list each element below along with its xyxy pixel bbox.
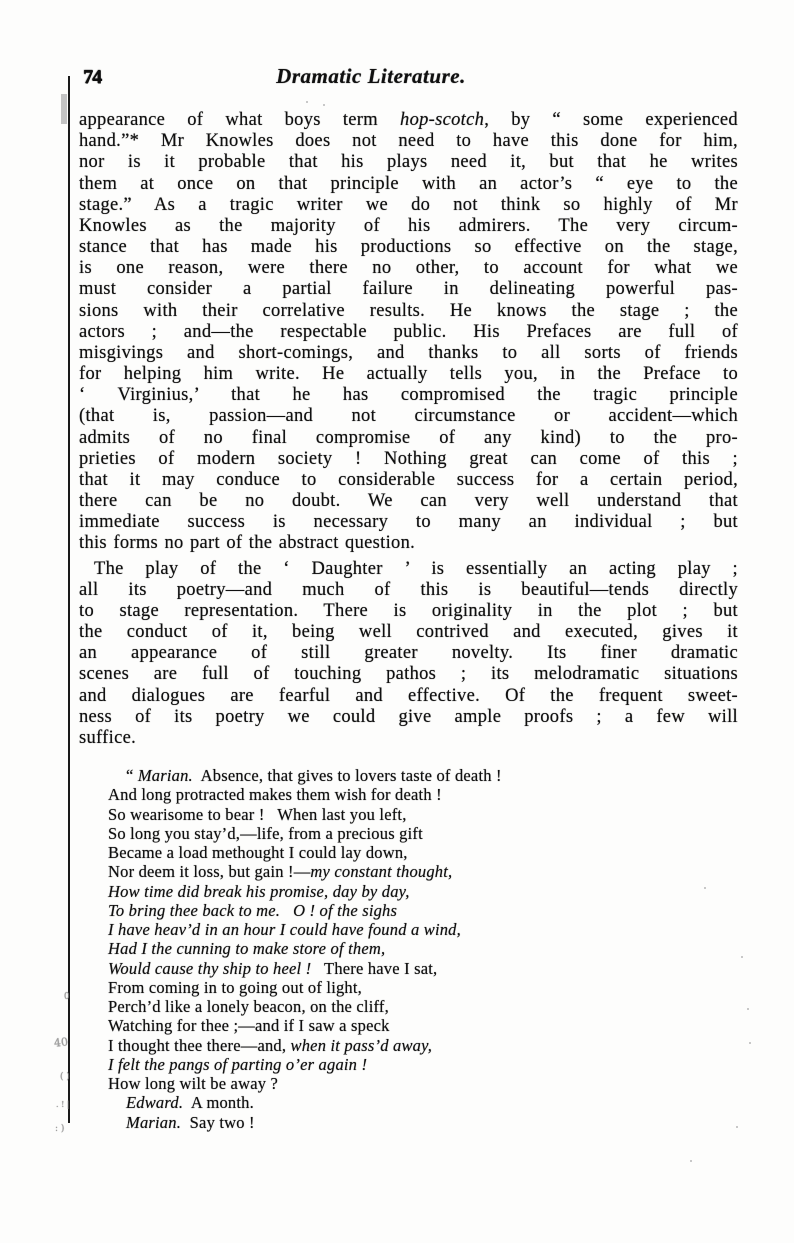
scan-speck	[306, 101, 308, 103]
body-text-line: the conduct of it, being well contrived …	[79, 622, 738, 643]
italic-text: when it pass’d away,	[291, 1036, 433, 1055]
poem-line: Nor deem it loss, but gain !—my constant…	[108, 862, 708, 881]
italic-text: To bring thee back to me. O ! of the sig…	[108, 901, 397, 920]
body-text-line: there can be no doubt. We can very well …	[79, 491, 738, 512]
body-text-line: scenes are full of touching pathos ; its…	[79, 664, 738, 685]
body-text-line: ‘ Virginius,’ that he has compromised th…	[79, 385, 738, 406]
body-text-line: hand.”* Mr Knowles does not need to have…	[79, 131, 738, 152]
body-text-line: for helping him write. He actually tells…	[79, 364, 738, 385]
article-body: appearance of what boys term hop-scotch,…	[79, 110, 738, 753]
text: From coming in to going out of light,	[108, 978, 362, 997]
poem-line: So long you stay’d,—life, from a preciou…	[108, 824, 708, 843]
poem-line: I felt the pangs of parting o’er again !	[108, 1055, 708, 1074]
text: How long wilt be away ?	[108, 1074, 278, 1093]
body-text-line: stage.” As a tragic writer we do not thi…	[79, 195, 738, 216]
scan-speck	[749, 1042, 751, 1044]
body-text-line: that it may conduce to considerable succ…	[79, 470, 738, 491]
scan-noise-mark: 40	[53, 1035, 68, 1049]
left-binding-rule	[68, 76, 70, 1123]
italic-text: Edward.	[126, 1093, 183, 1112]
body-text-line: stance that has made his productions so …	[79, 237, 738, 258]
italic-text: I felt the pangs of parting o’er again !	[108, 1055, 367, 1074]
text: prieties of modern society ! Nothing gre…	[79, 449, 738, 469]
text: for helping him write. He actually tells…	[79, 364, 738, 384]
body-text-line: immediate success is necessary to many a…	[79, 512, 738, 533]
body-text-line: Knowles as the majority of his admirers.…	[79, 216, 738, 237]
body-text-line: sions with their correlative results. He…	[79, 301, 738, 322]
body-text-line: admits of no final compromise of any kin…	[79, 428, 738, 449]
italic-text: How time did break his promise, day by d…	[108, 882, 410, 901]
scan-noise-mark: 0	[64, 992, 70, 1002]
body-text-line: misgivings and short-comings, and thanks…	[79, 343, 738, 364]
poem-line: Would cause thy ship to heel ! There hav…	[108, 959, 708, 978]
text: stance that has made his productions so …	[79, 237, 738, 257]
body-text-line: appearance of what boys term hop-scotch,…	[79, 110, 738, 131]
text: Absence, that gives to lovers taste of d…	[193, 766, 502, 785]
text: appearance of what boys term	[79, 110, 400, 130]
body-text-line: to stage representation. There is origin…	[79, 601, 738, 622]
poem-excerpt: “ Marian. Absence, that gives to lovers …	[108, 766, 708, 1132]
italic-text: Would cause thy ship to heel !	[108, 959, 311, 978]
paragraph: The play of the ‘ Daughter ’ is essentia…	[79, 559, 738, 750]
text: And long protracted makes them wish for …	[108, 785, 442, 804]
text: them at once on that principle with an a…	[79, 174, 738, 194]
text: this forms no part of the abstract quest…	[79, 533, 415, 553]
text: an appearance of still greater novelty. …	[79, 643, 738, 663]
italic-text: my constant thought,	[310, 862, 452, 881]
body-text-line: them at once on that principle with an a…	[79, 174, 738, 195]
poem-line: And long protracted makes them wish for …	[108, 785, 708, 804]
scan-speck	[690, 1160, 692, 1162]
text: “	[126, 766, 138, 785]
poem-line: How time did break his promise, day by d…	[108, 882, 708, 901]
text: , by “ some experienced	[484, 110, 738, 130]
text: ness of its poetry we could give ample p…	[79, 707, 738, 727]
body-text-line: all its poetry—and much of this is beaut…	[79, 580, 738, 601]
text: and dialogues are fearful and effective.…	[79, 686, 738, 706]
scan-noise-mark: : )	[55, 1124, 64, 1134]
poem-line: I thought thee there—and, when it pass’d…	[108, 1036, 708, 1055]
text: nor is it probable that his plays need i…	[79, 152, 738, 172]
paragraph: appearance of what boys term hop-scotch,…	[79, 110, 738, 555]
text: Became a load methought I could lay down…	[108, 843, 408, 862]
poem-line: From coming in to going out of light,	[108, 978, 708, 997]
text: ‘ Virginius,’ that he has compromised th…	[79, 385, 738, 405]
text: that it may conduce to considerable succ…	[79, 470, 738, 490]
text: there can be no doubt. We can very well …	[79, 491, 738, 511]
text: scenes are full of touching pathos ; its…	[79, 664, 738, 684]
text: immediate success is necessary to many a…	[79, 512, 738, 532]
scan-speck	[323, 104, 325, 106]
text: sions with their correlative results. He…	[79, 301, 738, 321]
poem-line: “ Marian. Absence, that gives to lovers …	[108, 766, 708, 785]
text: There have I sat,	[311, 959, 437, 978]
poem-line: To bring thee back to me. O ! of the sig…	[108, 901, 708, 920]
body-text-line: suffice.	[79, 728, 738, 749]
poem-line: Perch’d like a lonely beacon, on the cli…	[108, 997, 708, 1016]
scan-speck	[747, 1008, 749, 1010]
text: to stage representation. There is origin…	[79, 601, 738, 621]
poem-line: Became a load methought I could lay down…	[108, 843, 708, 862]
body-text-line: prieties of modern society ! Nothing gre…	[79, 449, 738, 470]
italic-text: I have heav’d in an hour I could have fo…	[108, 920, 461, 939]
poem-line: I have heav’d in an hour I could have fo…	[108, 920, 708, 939]
body-text-line: an appearance of still greater novelty. …	[79, 643, 738, 664]
text: actors ; and—the respectable public. His…	[79, 322, 738, 342]
poem-line: Watching for thee ;—and if I saw a speck	[108, 1016, 708, 1035]
body-text-line: actors ; and—the respectable public. His…	[79, 322, 738, 343]
text: the conduct of it, being well contrived …	[79, 622, 738, 642]
scan-noise-mark: ( )	[60, 1072, 70, 1082]
text: Watching for thee ;—and if I saw a speck	[108, 1016, 390, 1035]
poem-line: Marian. Say two !	[108, 1113, 708, 1132]
text: is one reason, were there no other, to a…	[79, 258, 738, 278]
italic-text: hop-scotch	[400, 110, 484, 130]
text: So wearisome to bear ! When last you lef…	[108, 805, 407, 824]
body-text-line: this forms no part of the abstract quest…	[79, 533, 738, 554]
text: The play of the ‘ Daughter ’ is essentia…	[94, 559, 738, 579]
text: Say two !	[181, 1113, 255, 1132]
body-text-line: nor is it probable that his plays need i…	[79, 152, 738, 173]
body-text-line: and dialogues are fearful and effective.…	[79, 686, 738, 707]
body-text-line: is one reason, were there no other, to a…	[79, 258, 738, 279]
text: I thought thee there—and,	[108, 1036, 291, 1055]
text: suffice.	[79, 728, 136, 748]
text: must consider a partial failure in delin…	[79, 279, 738, 299]
poem-line: So wearisome to bear ! When last you lef…	[108, 805, 708, 824]
text: hand.”* Mr Knowles does not need to have…	[79, 131, 738, 151]
italic-text: Marian.	[138, 766, 193, 785]
text: misgivings and short-comings, and thanks…	[79, 343, 738, 363]
text: So long you stay’d,—life, from a preciou…	[108, 824, 423, 843]
text: stage.” As a tragic writer we do not thi…	[79, 195, 738, 215]
body-text-line: ness of its poetry we could give ample p…	[79, 707, 738, 728]
poem-line: Edward. A month.	[108, 1093, 708, 1112]
text: Nor deem it loss, but gain !—	[108, 862, 310, 881]
text: Knowles as the majority of his admirers.…	[79, 216, 738, 236]
body-text-line: (that is, passion—and not circumstance o…	[79, 406, 738, 427]
poem-line: Had I the cunning to make store of them,	[108, 939, 708, 958]
scanned-page: 74 Dramatic Literature. appearance of wh…	[0, 0, 794, 1243]
scan-speck	[736, 1126, 738, 1128]
poem-line: How long wilt be away ?	[108, 1074, 708, 1093]
scan-speck	[741, 956, 743, 958]
text: A month.	[183, 1093, 254, 1112]
scan-shadow-artifact	[61, 94, 67, 124]
body-text-line: The play of the ‘ Daughter ’ is essentia…	[79, 559, 738, 580]
italic-text: Had I the cunning to make store of them,	[108, 939, 385, 958]
scan-speck	[704, 887, 706, 889]
scan-noise-mark: . ! |	[56, 1100, 70, 1109]
running-title: Dramatic Literature.	[80, 64, 662, 89]
text: Perch’d like a lonely beacon, on the cli…	[108, 997, 389, 1016]
text: all its poetry—and much of this is beaut…	[79, 580, 738, 600]
body-text-line: must consider a partial failure in delin…	[79, 279, 738, 300]
text: (that is, passion—and not circumstance o…	[79, 406, 738, 426]
italic-text: Marian.	[126, 1113, 181, 1132]
text: admits of no final compromise of any kin…	[79, 428, 738, 448]
